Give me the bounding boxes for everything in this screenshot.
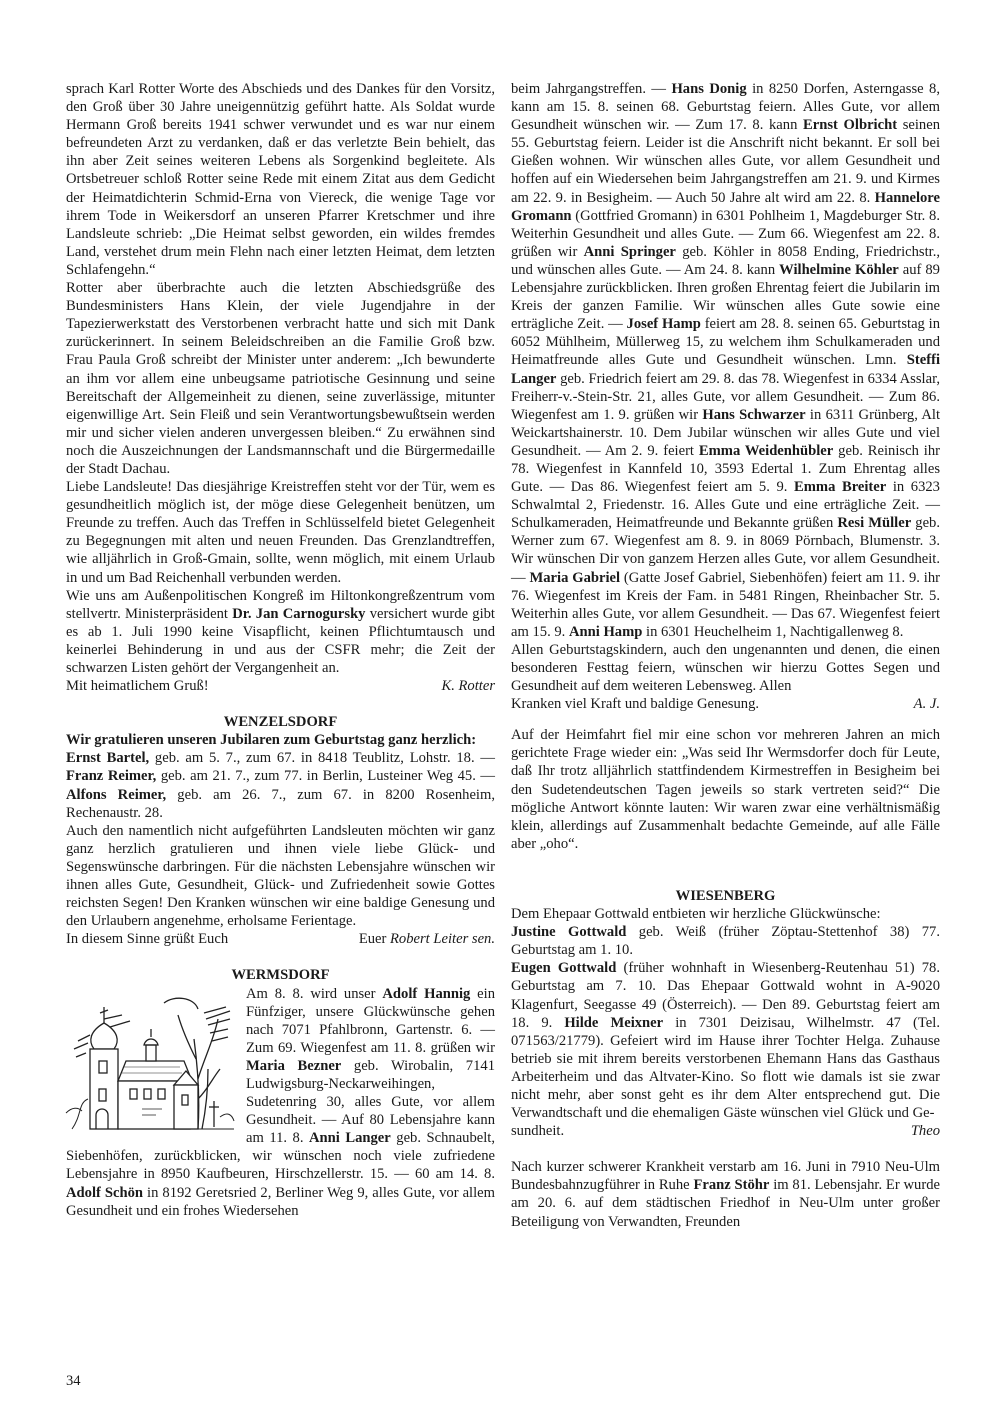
author-signature: K. Rotter bbox=[441, 677, 495, 695]
person-name: Emma Breiter bbox=[794, 479, 886, 495]
paragraph-kreistreffen: Liebe Landsleute! Das diesjährige Kreist… bbox=[66, 478, 495, 587]
section-heading-wiesenberg: WIESENBERG bbox=[511, 887, 940, 905]
person-name: Emma Weidenhübler bbox=[699, 443, 833, 459]
person-name: Ernst Bartel, bbox=[66, 750, 149, 766]
person-name: Eugen Gottwald bbox=[511, 960, 616, 976]
page-number: 34 bbox=[66, 1373, 81, 1390]
right-column: beim Jahrgangstreffen. — Hans Donig in 8… bbox=[511, 80, 940, 1231]
signature-line: Mit heimatlichem Gruß! K. Rotter bbox=[66, 677, 495, 695]
person-name: Anni Hamp bbox=[569, 624, 642, 640]
wenzelsdorf-intro: Wir gratulieren unseren Jubilaren zum Ge… bbox=[66, 731, 495, 749]
person-name: Hans Donig bbox=[671, 81, 746, 97]
author-signature: Theo bbox=[911, 1122, 940, 1140]
person-name: Dr. Jan Carnogursky bbox=[232, 606, 365, 622]
person-name: Ernst Olbricht bbox=[803, 117, 897, 133]
person-name: Franz Stöhr bbox=[693, 1177, 769, 1193]
author-signature: Robert Leiter sen. bbox=[390, 931, 495, 947]
paragraph-visa: Wie uns am Außenpolitischen Kongreß im H… bbox=[66, 587, 495, 677]
person-name: Resi Müller bbox=[837, 515, 911, 531]
wiesenberg-justine: Justine Gottwald geb. Weiß (früher Zöpta… bbox=[511, 923, 940, 959]
signature-line: In diesem Sinne grüßt Euch Euer Robert L… bbox=[66, 930, 495, 948]
person-name: Hilde Meixner bbox=[564, 1015, 663, 1031]
person-name: Alfons Reimer, bbox=[66, 787, 166, 803]
person-name: Franz Reimer, bbox=[66, 768, 156, 784]
person-name: Hans Schwarzer bbox=[702, 407, 805, 423]
paragraph-minister-greetings: Rotter aber überbrachte auch die letzten… bbox=[66, 279, 495, 478]
wenzelsdorf-birthdays: Ernst Bartel, geb. am 5. 7., zum 67. in … bbox=[66, 749, 495, 821]
person-name: Maria Gabriel bbox=[529, 570, 620, 586]
left-column: sprach Karl Rotter Worte des Abschieds u… bbox=[66, 80, 495, 1220]
signature-line: Kranken viel Kraft und baldige Genesung.… bbox=[511, 695, 940, 713]
person-name: Anni Springer bbox=[584, 244, 676, 260]
church-sketch-illustration bbox=[64, 989, 240, 1135]
person-name: Anni Langer bbox=[309, 1130, 391, 1146]
wenzelsdorf-wishes: Auch den namentlich nicht aufgeführten L… bbox=[66, 822, 495, 931]
signature-line: sundheit. Theo bbox=[511, 1122, 940, 1140]
person-name: Wilhelmine Köhler bbox=[779, 262, 899, 278]
section-heading-wermsdorf: WERMSDORF bbox=[66, 966, 495, 984]
wermsdorf-general-wishes: Allen Geburtstagskindern, auch den ungen… bbox=[511, 641, 940, 695]
person-name: Justine Gottwald bbox=[511, 924, 626, 940]
obituary-franz-stoehr: Nach kurzer schwerer Krankheit verstarb … bbox=[511, 1158, 940, 1230]
wermsdorf-birthdays-continued: beim Jahrgangstreffen. — Hans Donig in 8… bbox=[511, 80, 940, 641]
wiesenberg-birthdays: Eugen Gottwald (früher wohnhaft in Wiese… bbox=[511, 959, 940, 1122]
person-name: Josef Hamp bbox=[627, 316, 701, 332]
person-name: Adolf Schön bbox=[66, 1185, 143, 1201]
person-name: Maria Bezner bbox=[246, 1058, 341, 1074]
section-heading-wenzelsdorf: WENZELSDORF bbox=[66, 713, 495, 731]
wiesenberg-intro: Dem Ehepaar Gottwald entbieten wir herzl… bbox=[511, 905, 940, 923]
paragraph-farewell: sprach Karl Rotter Worte des Abschieds u… bbox=[66, 80, 495, 279]
wermsdorf-reflection: Auf der Heimfahrt fiel mir eine schon vo… bbox=[511, 726, 940, 853]
author-signature: A. J. bbox=[914, 695, 940, 713]
person-name: Adolf Hannig bbox=[382, 986, 470, 1002]
